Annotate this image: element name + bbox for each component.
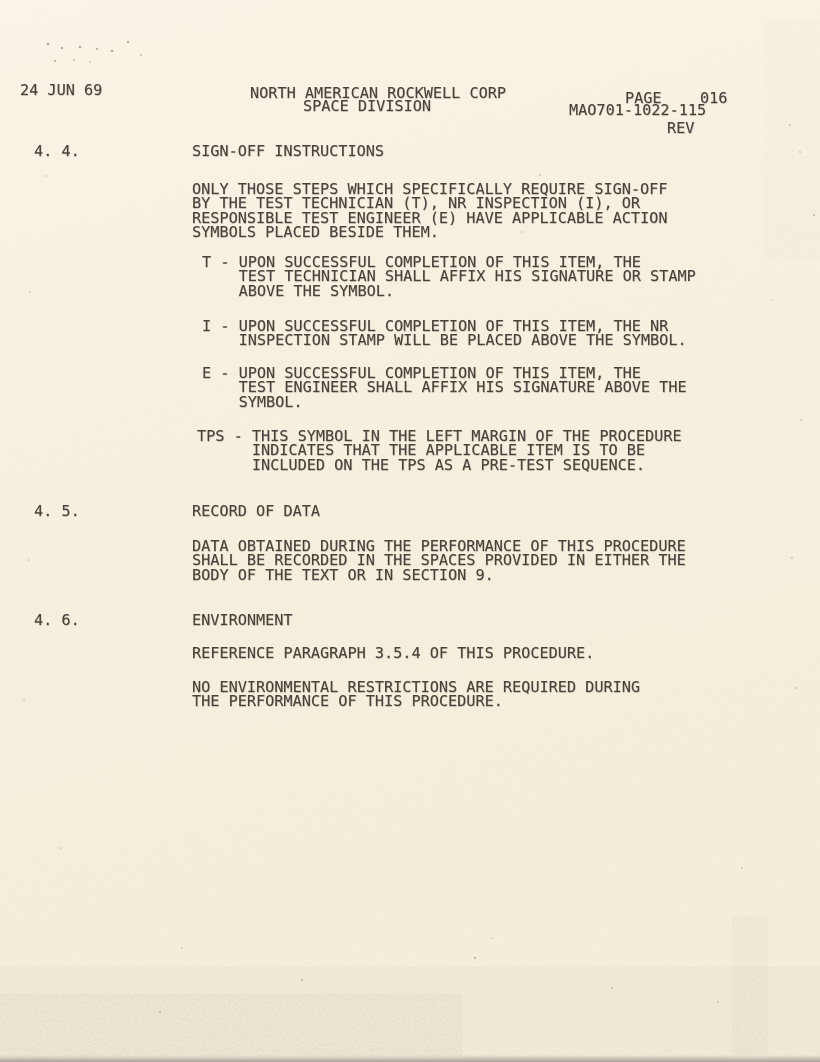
- section-number: 4. 4.: [34, 144, 80, 158]
- section-title: RECORD OF DATA: [192, 504, 320, 518]
- section-number: 4. 5.: [34, 504, 80, 518]
- signoff-item-tps: TPS - THIS SYMBOL IN THE LEFT MARGIN OF …: [197, 429, 682, 472]
- section-paragraph: REFERENCE PARAGRAPH 3.5.4 OF THIS PROCED…: [192, 646, 594, 660]
- section-paragraph: NO ENVIRONMENTAL RESTRICTIONS ARE REQUIR…: [192, 680, 640, 709]
- signoff-item-i: I - UPON SUCCESSFUL COMPLETION OF THIS I…: [202, 319, 687, 348]
- paper-grain-overlay: [0, 0, 820, 1062]
- scan-bottom-edge: [0, 1055, 820, 1062]
- section-title: SIGN-OFF INSTRUCTIONS: [192, 144, 384, 158]
- section-number: 4. 6.: [34, 613, 80, 627]
- section-intro-paragraph: DATA OBTAINED DURING THE PERFORMANCE OF …: [192, 539, 686, 582]
- document-number: MAO701-1022-115: [569, 103, 706, 117]
- scanned-document-page: 24 JUN 69 NORTH AMERICAN ROCKWELL CORP S…: [0, 0, 820, 1062]
- section-title: ENVIRONMENT: [192, 613, 293, 627]
- signoff-item-t: T - UPON SUCCESSFUL COMPLETION OF THIS I…: [202, 255, 696, 298]
- division-name: SPACE DIVISION: [303, 99, 431, 113]
- document-date: 24 JUN 69: [20, 83, 102, 97]
- signoff-item-e: E - UPON SUCCESSFUL COMPLETION OF THIS I…: [202, 366, 687, 409]
- section-intro-paragraph: ONLY THOSE STEPS WHICH SPECIFICALLY REQU…: [192, 182, 667, 240]
- revision-label: REV: [667, 121, 694, 135]
